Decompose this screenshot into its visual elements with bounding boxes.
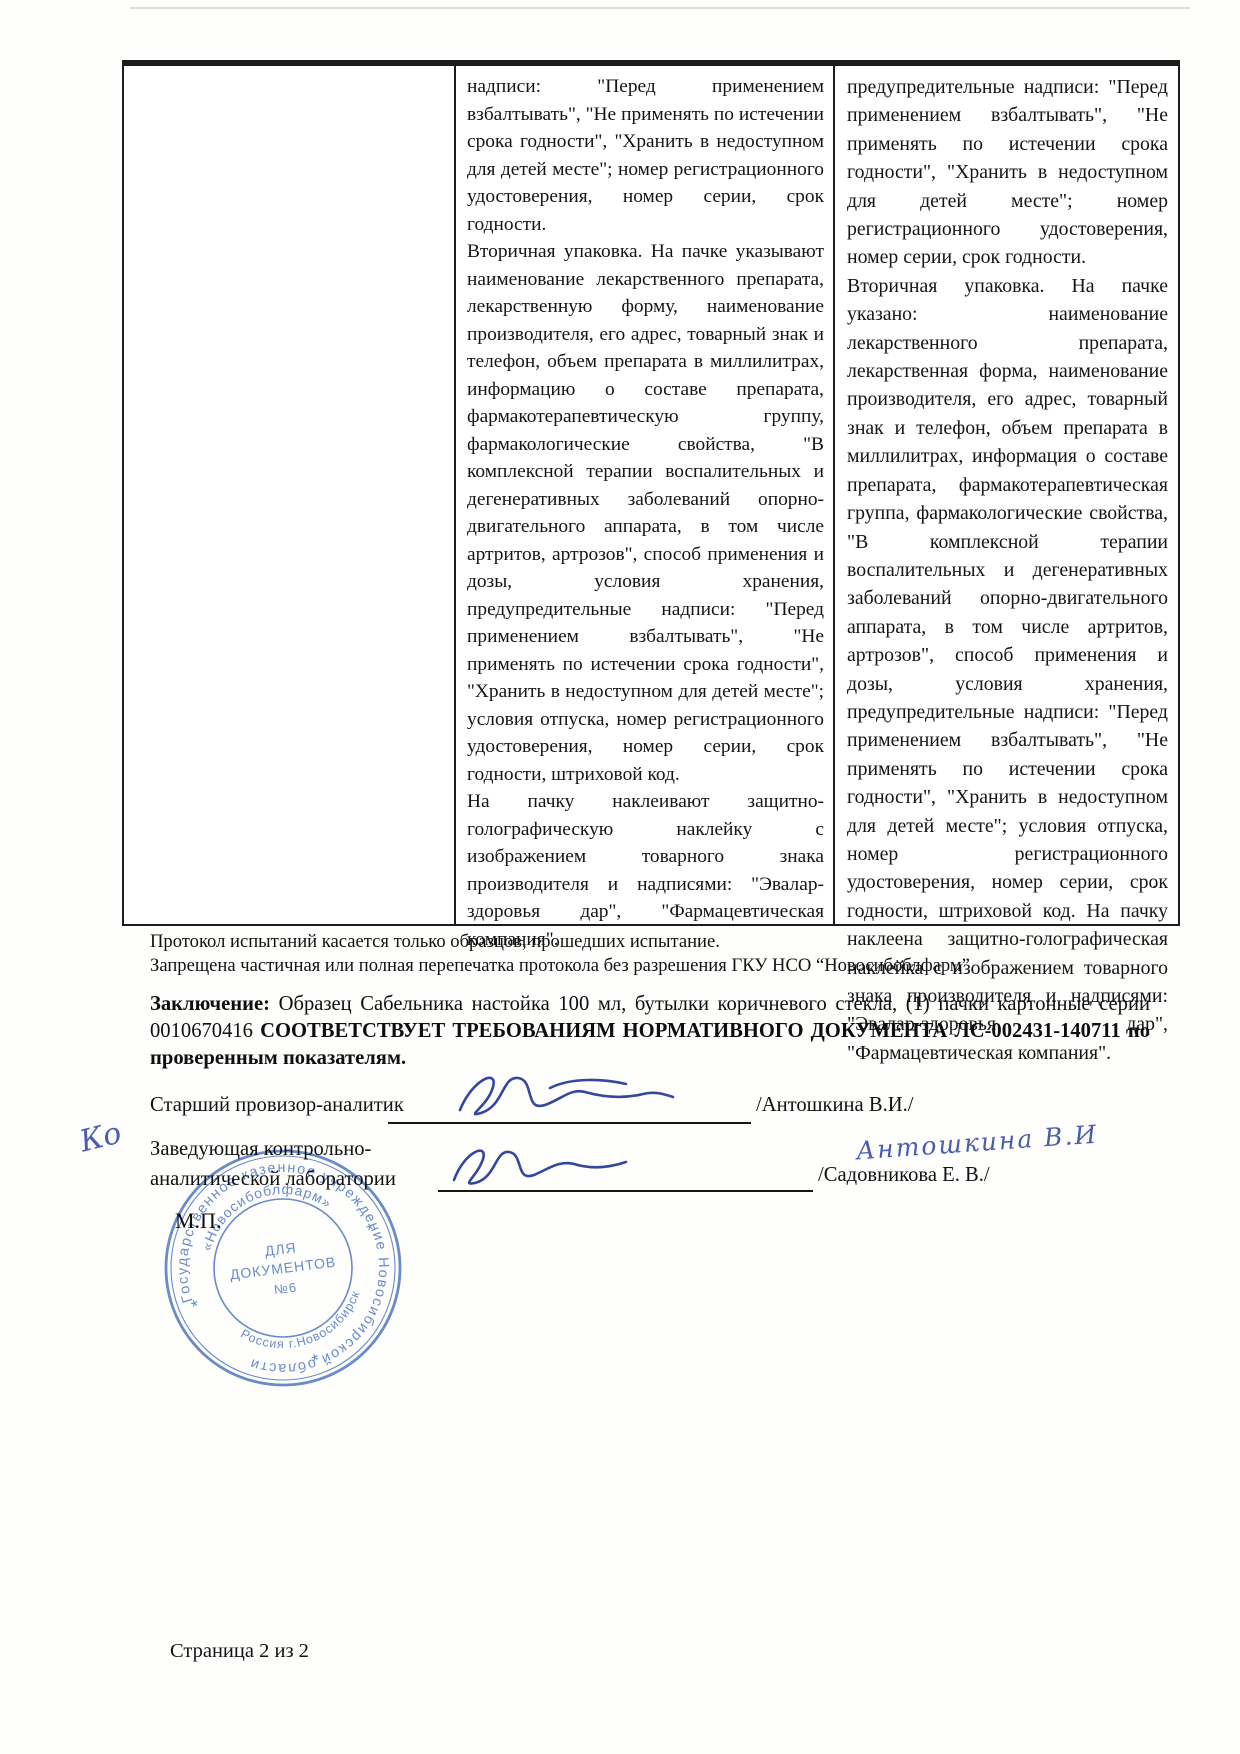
- result-paragraph-secondary-packaging: Вторичная упаковка. На пачке указано: на…: [847, 272, 1168, 1067]
- page-indicator: Страница 2 из 2: [170, 1640, 309, 1663]
- stamp-center-line2: ДОКУМЕНТОВ: [229, 1254, 337, 1283]
- nd-paragraph-hologram: На пачку наклеивают защитно-голографичес…: [467, 788, 824, 953]
- protocol-note-2: Запрещена частичная или полная перепечат…: [150, 955, 975, 977]
- stamp-star-left-icon: *: [189, 1296, 202, 1317]
- table-cell-test-results: предупредительные надписи: "Перед примен…: [835, 66, 1178, 924]
- result-paragraph-warnings: предупредительные надписи: "Перед примен…: [847, 73, 1168, 272]
- protocol-note-1: Протокол испытаний касается только образ…: [150, 931, 720, 953]
- sig1-role-label: Старший провизор-аналитик: [150, 1094, 404, 1117]
- sig2-handwritten-signature: [448, 1140, 648, 1196]
- conclusion-label: Заключение:: [150, 993, 270, 1015]
- conclusion-verdict: СООТВЕТСТВУЕТ ТРЕБОВАНИЯМ НОРМАТИВНОГО Д…: [150, 1020, 1150, 1069]
- table-cell-nd-requirements: надписи: "Перед применением взбалтывать"…: [456, 66, 835, 924]
- scan-artifact-dot: .: [1152, 872, 1157, 894]
- margin-handwritten-mark: Ко: [76, 1116, 125, 1160]
- stamp-center-line3: №6: [273, 1279, 298, 1297]
- nd-paragraph-secondary-packaging: Вторичная упаковка. На пачке указывают н…: [467, 238, 824, 788]
- nd-paragraph-warnings: надписи: "Перед применением взбалтывать"…: [467, 73, 824, 238]
- sig1-printed-name: /Антошкина В.И./: [756, 1094, 913, 1117]
- round-stamp: Государственное казенное учреждение Ново…: [158, 1143, 408, 1393]
- sig2-handwritten-name: Антошкина В.И: [855, 1120, 1099, 1166]
- scanned-document-page: надписи: "Перед применением взбалтывать"…: [0, 0, 1240, 1754]
- packaging-spec-table: надписи: "Перед применением взбалтывать"…: [122, 60, 1180, 926]
- table-cell-empty: [124, 66, 456, 924]
- conclusion-paragraph: Заключение: Образец Сабельника настойка …: [150, 991, 1150, 1071]
- sig2-printed-name: /Садовникова Е. В./: [818, 1164, 990, 1187]
- scan-artifact-line: [130, 7, 1190, 9]
- stamp-center-line1: ДЛЯ: [264, 1239, 297, 1259]
- sig1-handwritten-signature: [452, 1066, 682, 1128]
